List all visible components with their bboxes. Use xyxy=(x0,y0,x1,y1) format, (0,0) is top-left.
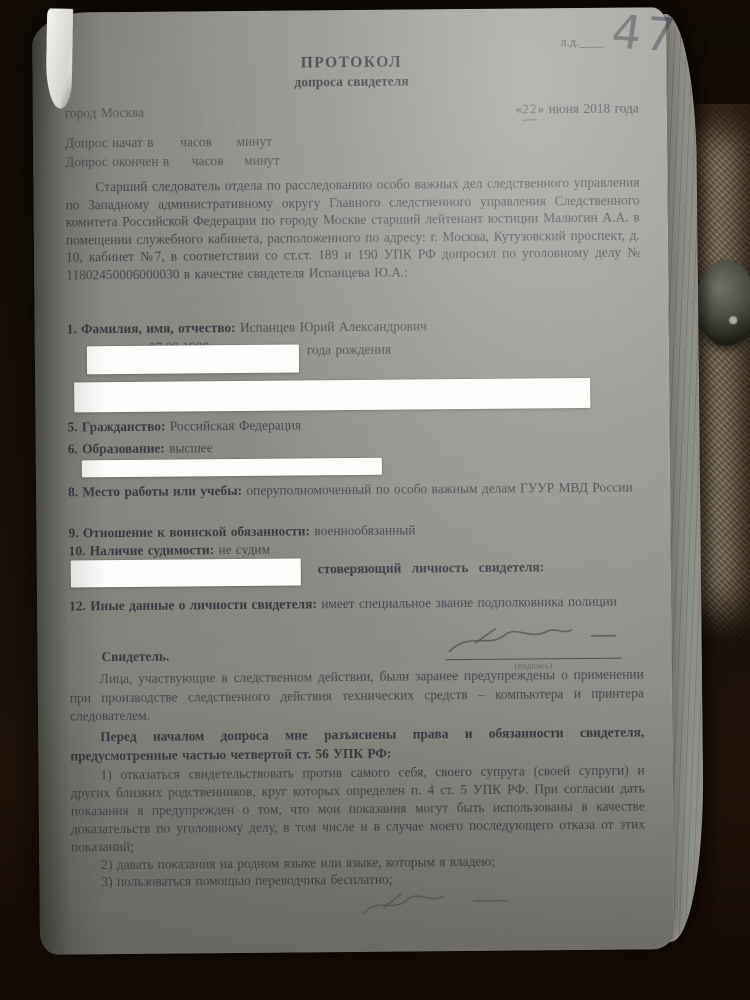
field-criminal-record-label: 10. Наличие судимости: xyxy=(69,542,215,558)
field-workplace-label: 8. Место работы или учебы: xyxy=(68,483,242,500)
redaction-bar xyxy=(71,558,301,587)
redaction-bar xyxy=(82,458,382,478)
notice-paragraph: Лица, участвующие в следственном действи… xyxy=(70,665,644,726)
bottom-signature xyxy=(354,884,534,926)
field-citizenship: 5. Гражданство: Российская Федерация xyxy=(67,413,641,436)
folio-number-handwritten: 47 xyxy=(609,12,681,56)
intro-paragraph: Старший следователь отдела по расследова… xyxy=(65,173,640,284)
interrogation-end-line: Допрос окончен в часов минут xyxy=(65,152,280,171)
signature-line xyxy=(446,658,622,661)
field-name-label: 1. Фамилия, имя, отчество: xyxy=(67,320,236,336)
field-name: 1. Фамилия, имя, отчество: Испанцев Юрий… xyxy=(67,315,641,338)
field-education-label: 6. Образование: xyxy=(68,441,165,457)
witness-label: Свидетель. xyxy=(101,648,169,666)
field-birthdate-row: 07.09.1980 года рождения xyxy=(67,337,641,380)
field-name-value: Испанцев Юрий Александрович xyxy=(240,318,427,335)
field-birthdate-visible: года рождения xyxy=(307,341,391,359)
redaction-bar xyxy=(74,378,590,413)
hours-label: часов xyxy=(180,134,212,149)
witness-signature xyxy=(441,622,621,660)
field-identity-document-row: стоверяющий личность свидетеля: xyxy=(69,553,643,590)
minutes-label: минут xyxy=(236,134,271,149)
interrogation-start-line: Допрос начат в часов минут xyxy=(65,133,272,152)
field-workplace: 8. Место работы или учебы: оперуполномоч… xyxy=(68,477,642,502)
field-identity-document-fragment: стоверяющий личность свидетеля: xyxy=(318,558,545,578)
rights-intro: Перед началом допроса мне разъяснены пра… xyxy=(70,723,644,765)
field-education-value: высшее xyxy=(169,440,213,455)
field-other-data-label: 12. Иные данные о личности свидетеля: xyxy=(69,596,317,613)
hours-label: часов xyxy=(192,153,224,168)
field-citizenship-label: 5. Гражданство: xyxy=(67,419,165,435)
field-workplace-value: оперуполномоченный по особо важным делам… xyxy=(246,480,632,498)
folio-label: л.д.____ xyxy=(484,34,604,53)
field-criminal-record-value: не судим xyxy=(218,542,270,557)
end-prefix: Допрос окончен в xyxy=(65,154,169,170)
field-military-duty-label: 9. Отношение к воинской обязанности: xyxy=(68,523,310,540)
date-rest: » июня 2018 года xyxy=(537,100,638,116)
city-date-row: город Москва «22» июня 2018 года xyxy=(65,99,639,124)
redaction-bar xyxy=(87,344,299,374)
city-label: город Москва xyxy=(65,105,144,121)
start-prefix: Допрос начат в xyxy=(65,135,154,151)
document-date: «22» июня 2018 года xyxy=(515,99,638,120)
field-education: 6. Образование: высшее xyxy=(68,435,642,458)
rights-list: 1) отказаться свидетельствовать против с… xyxy=(70,761,645,891)
date-day-handwritten: 22 xyxy=(522,101,538,120)
field-other-data-value: имеет специальное звание подполковника п… xyxy=(321,594,617,612)
field-other-data: 12. Иные данные о личности свидетеля: им… xyxy=(69,591,643,616)
minutes-label: минут xyxy=(244,153,279,168)
furniture-knob xyxy=(696,260,750,346)
field-military-duty-value: военнообязанный xyxy=(314,522,415,538)
document-subtitle: допроса свидетеля xyxy=(64,70,638,93)
right-item-1: 1) отказаться свидетельствовать против с… xyxy=(70,761,645,856)
page-curl-edge xyxy=(45,8,73,108)
document-page: л.д.____ 47 ПРОТОКОЛ допроса свидетеля г… xyxy=(32,7,674,954)
photo-of-document: л.д.____ 47 ПРОТОКОЛ допроса свидетеля г… xyxy=(0,0,750,1000)
document-content: л.д.____ 47 ПРОТОКОЛ допроса свидетеля г… xyxy=(64,7,646,954)
field-citizenship-value: Российская Федерация xyxy=(170,417,301,433)
